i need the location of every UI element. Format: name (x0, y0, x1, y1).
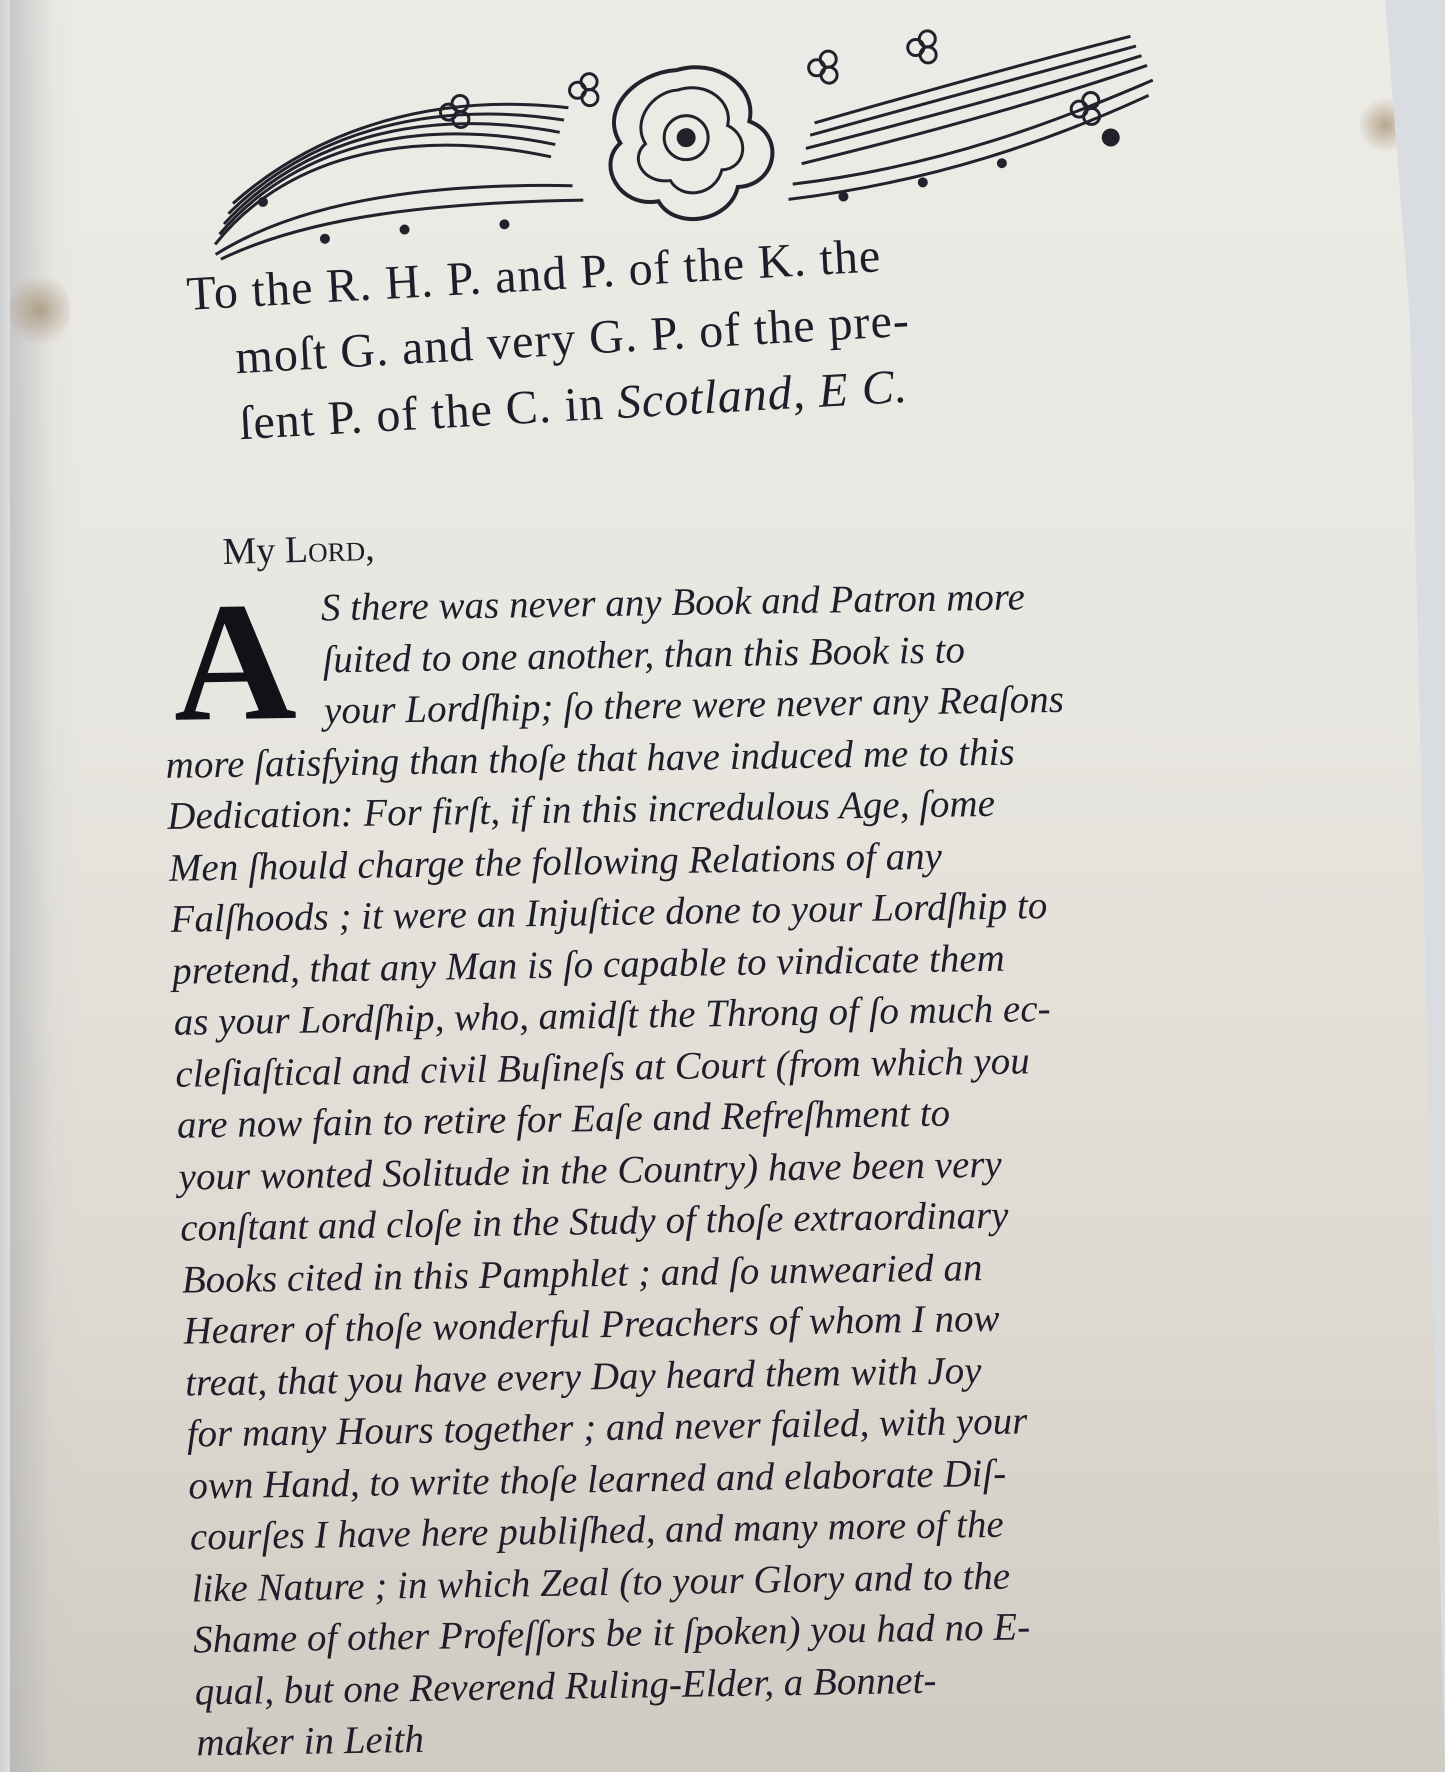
foxing-stain (10, 270, 70, 350)
title-line-3-suffix: E C. (804, 360, 909, 419)
dedication-body: A S there was never any Book and Patron … (160, 567, 1337, 1769)
drop-cap: A (170, 591, 297, 733)
title-scotland: Scotland, (615, 366, 807, 429)
salutation-lord: Lord, (284, 527, 375, 571)
title-line-3-prefix: ſent P. of the C. in (238, 376, 619, 450)
foxing-stain (1360, 95, 1410, 155)
gutter-shadow (10, 0, 80, 1772)
